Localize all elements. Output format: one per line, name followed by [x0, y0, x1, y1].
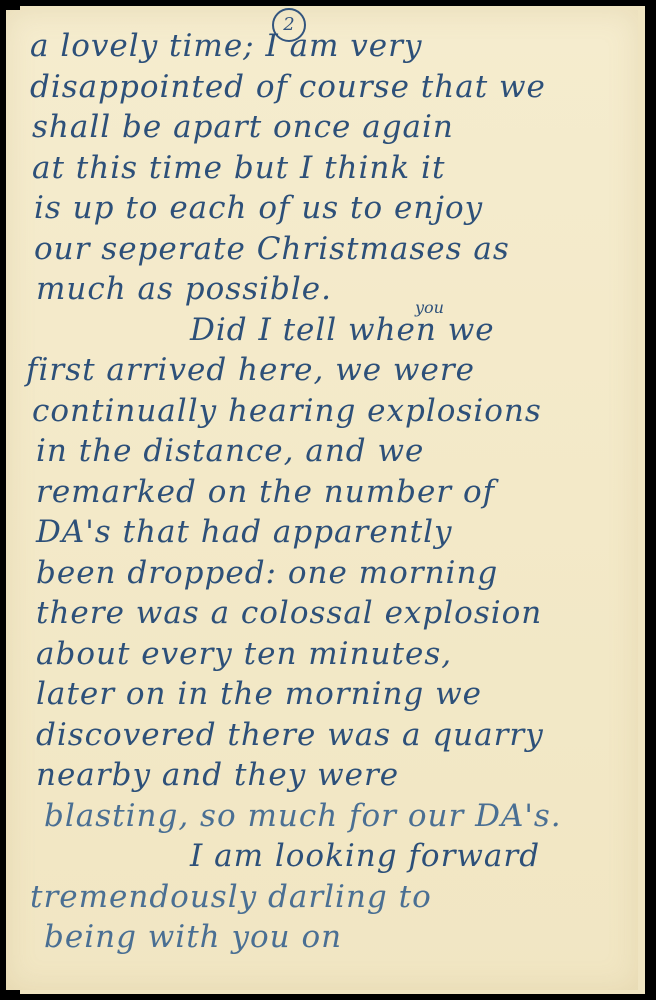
letter-line: about every ten minutes,: [36, 636, 452, 672]
letter-line: is up to each of us to enjoy: [34, 190, 483, 226]
letter-line: Did I tell when we: [190, 312, 495, 348]
letter-line: shall be apart once again: [32, 109, 454, 145]
letter-line: continually hearing explosions: [32, 393, 542, 429]
letter-line: DA's that had apparently: [36, 514, 453, 550]
letter-line: being with you on: [44, 919, 342, 955]
letter-line: blasting, so much for our DA's.: [44, 798, 562, 834]
letter-line: first arrived here, we were: [26, 352, 475, 388]
letter-line: I am looking forward: [190, 838, 540, 874]
letter-line: remarked on the number of: [36, 474, 495, 510]
letter-body: a lovely time; I am very disappointed of…: [0, 0, 656, 1000]
letter-line: a lovely time; I am very: [30, 28, 423, 64]
letter-line: there was a colossal explosion: [36, 595, 542, 631]
letter-line: in the distance, and we: [36, 433, 424, 469]
letter-line: at this time but I think it: [32, 150, 445, 186]
letter-line: much as possible.: [36, 271, 332, 307]
letter-line: been dropped: one morning: [36, 555, 498, 591]
letter-line: our seperate Christmases as: [34, 231, 510, 267]
letter-line: tremendously darling to: [30, 879, 432, 915]
letter-line: later on in the morning we: [36, 676, 482, 712]
letter-line: discovered there was a quarry: [36, 717, 544, 753]
letter-line: nearby and they were: [36, 757, 399, 793]
letter-line: disappointed of course that we: [30, 69, 546, 105]
